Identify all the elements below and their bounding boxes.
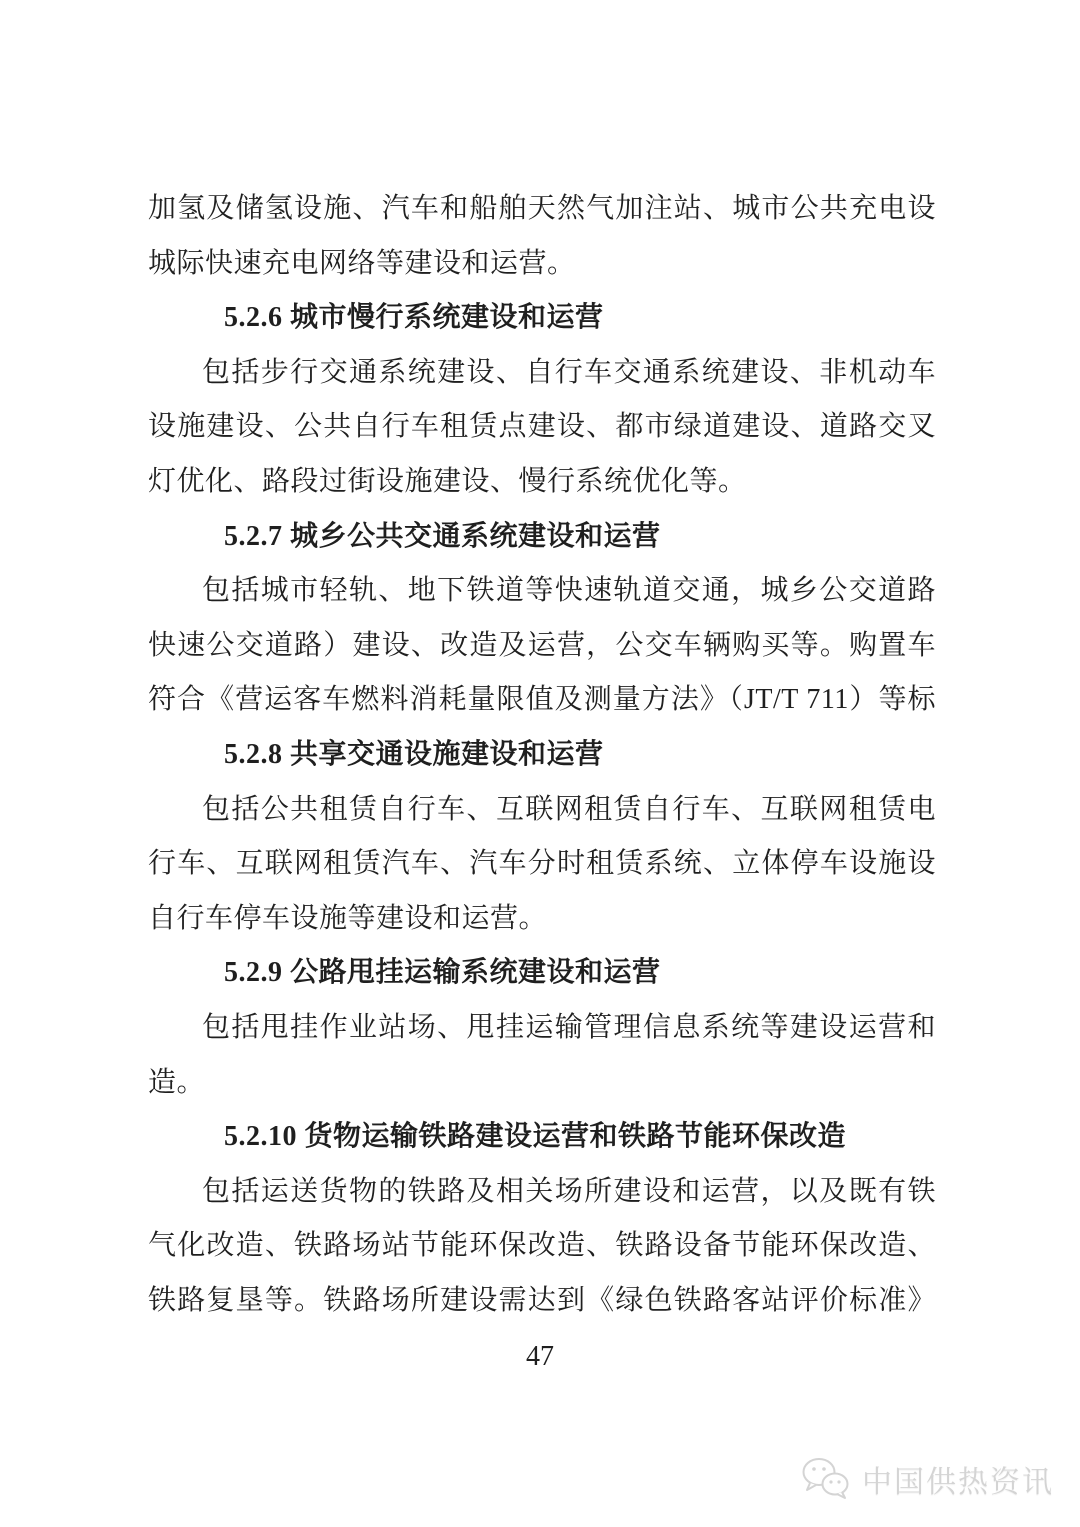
body-line: 包括公共租赁自行车、互联网租赁自行车、互联网租赁电动自 [148, 783, 936, 838]
page-number: 47 [0, 1333, 1080, 1381]
watermark-text: 中国供热资讯 [862, 1457, 1054, 1501]
wechat-icon [800, 1456, 852, 1502]
body-line: 灯优化、路段过街设施建设、慢行系统优化等。 [148, 455, 936, 510]
body-line: 包括城市轻轨、地下铁道等快速轨道交通，城乡公交道路（含 [148, 564, 936, 619]
body-line: 气化改造、铁路场站节能环保改造、铁路设备节能环保改造、废弃 [148, 1219, 936, 1274]
watermark: 中国供热资讯 [800, 1452, 1054, 1506]
section-heading-5-2-8: 5.2.8 共享交通设施建设和运营 [148, 728, 936, 783]
body-line: 符合《营运客车燃料消耗量限值及测量方法》（JT/T 711）等标准。 [148, 673, 936, 728]
body-line: 加氢及储氢设施、汽车和船舶天然气加注站、城市公共充电设施、 [148, 182, 936, 237]
body-line: 设施建设、公共自行车租赁点建设、都市绿道建设、道路交叉口路 [148, 400, 936, 455]
body-line: 快速公交道路）建设、改造及运营，公交车辆购买等。购置车辆应 [148, 619, 936, 674]
body-line: 包括甩挂作业站场、甩挂运输管理信息系统等建设运营和改 [148, 1001, 936, 1056]
section-heading-5-2-9: 5.2.9 公路甩挂运输系统建设和运营 [148, 946, 936, 1001]
body-line: 包括步行交通系统建设、自行车交通系统建设、非机动车停车 [148, 346, 936, 401]
body-line: 行车、互联网租赁汽车、汽车分时租赁系统、立体停车设施设备、 [148, 837, 936, 892]
document-body: 加氢及储氢设施、汽车和船舶天然气加注站、城市公共充电设施、 城际快速充电网络等建… [148, 182, 936, 1328]
body-line: 包括运送货物的铁路及相关场所建设和运营，以及既有铁路电 [148, 1165, 936, 1220]
body-line: 城际快速充电网络等建设和运营。 [148, 237, 936, 292]
section-heading-5-2-6: 5.2.6 城市慢行系统建设和运营 [148, 291, 936, 346]
body-line: 自行车停车设施等建设和运营。 [148, 892, 936, 947]
section-heading-5-2-10: 5.2.10 货物运输铁路建设运营和铁路节能环保改造 [148, 1110, 936, 1165]
document-page: 加氢及储氢设施、汽车和船舶天然气加注站、城市公共充电设施、 城际快速充电网络等建… [0, 0, 1080, 1527]
body-line: 铁路复垦等。铁路场所建设需达到《绿色铁路客站评价标准》（TB/T [148, 1274, 936, 1329]
section-heading-5-2-7: 5.2.7 城乡公共交通系统建设和运营 [148, 510, 936, 565]
body-line: 造。 [148, 1056, 936, 1111]
